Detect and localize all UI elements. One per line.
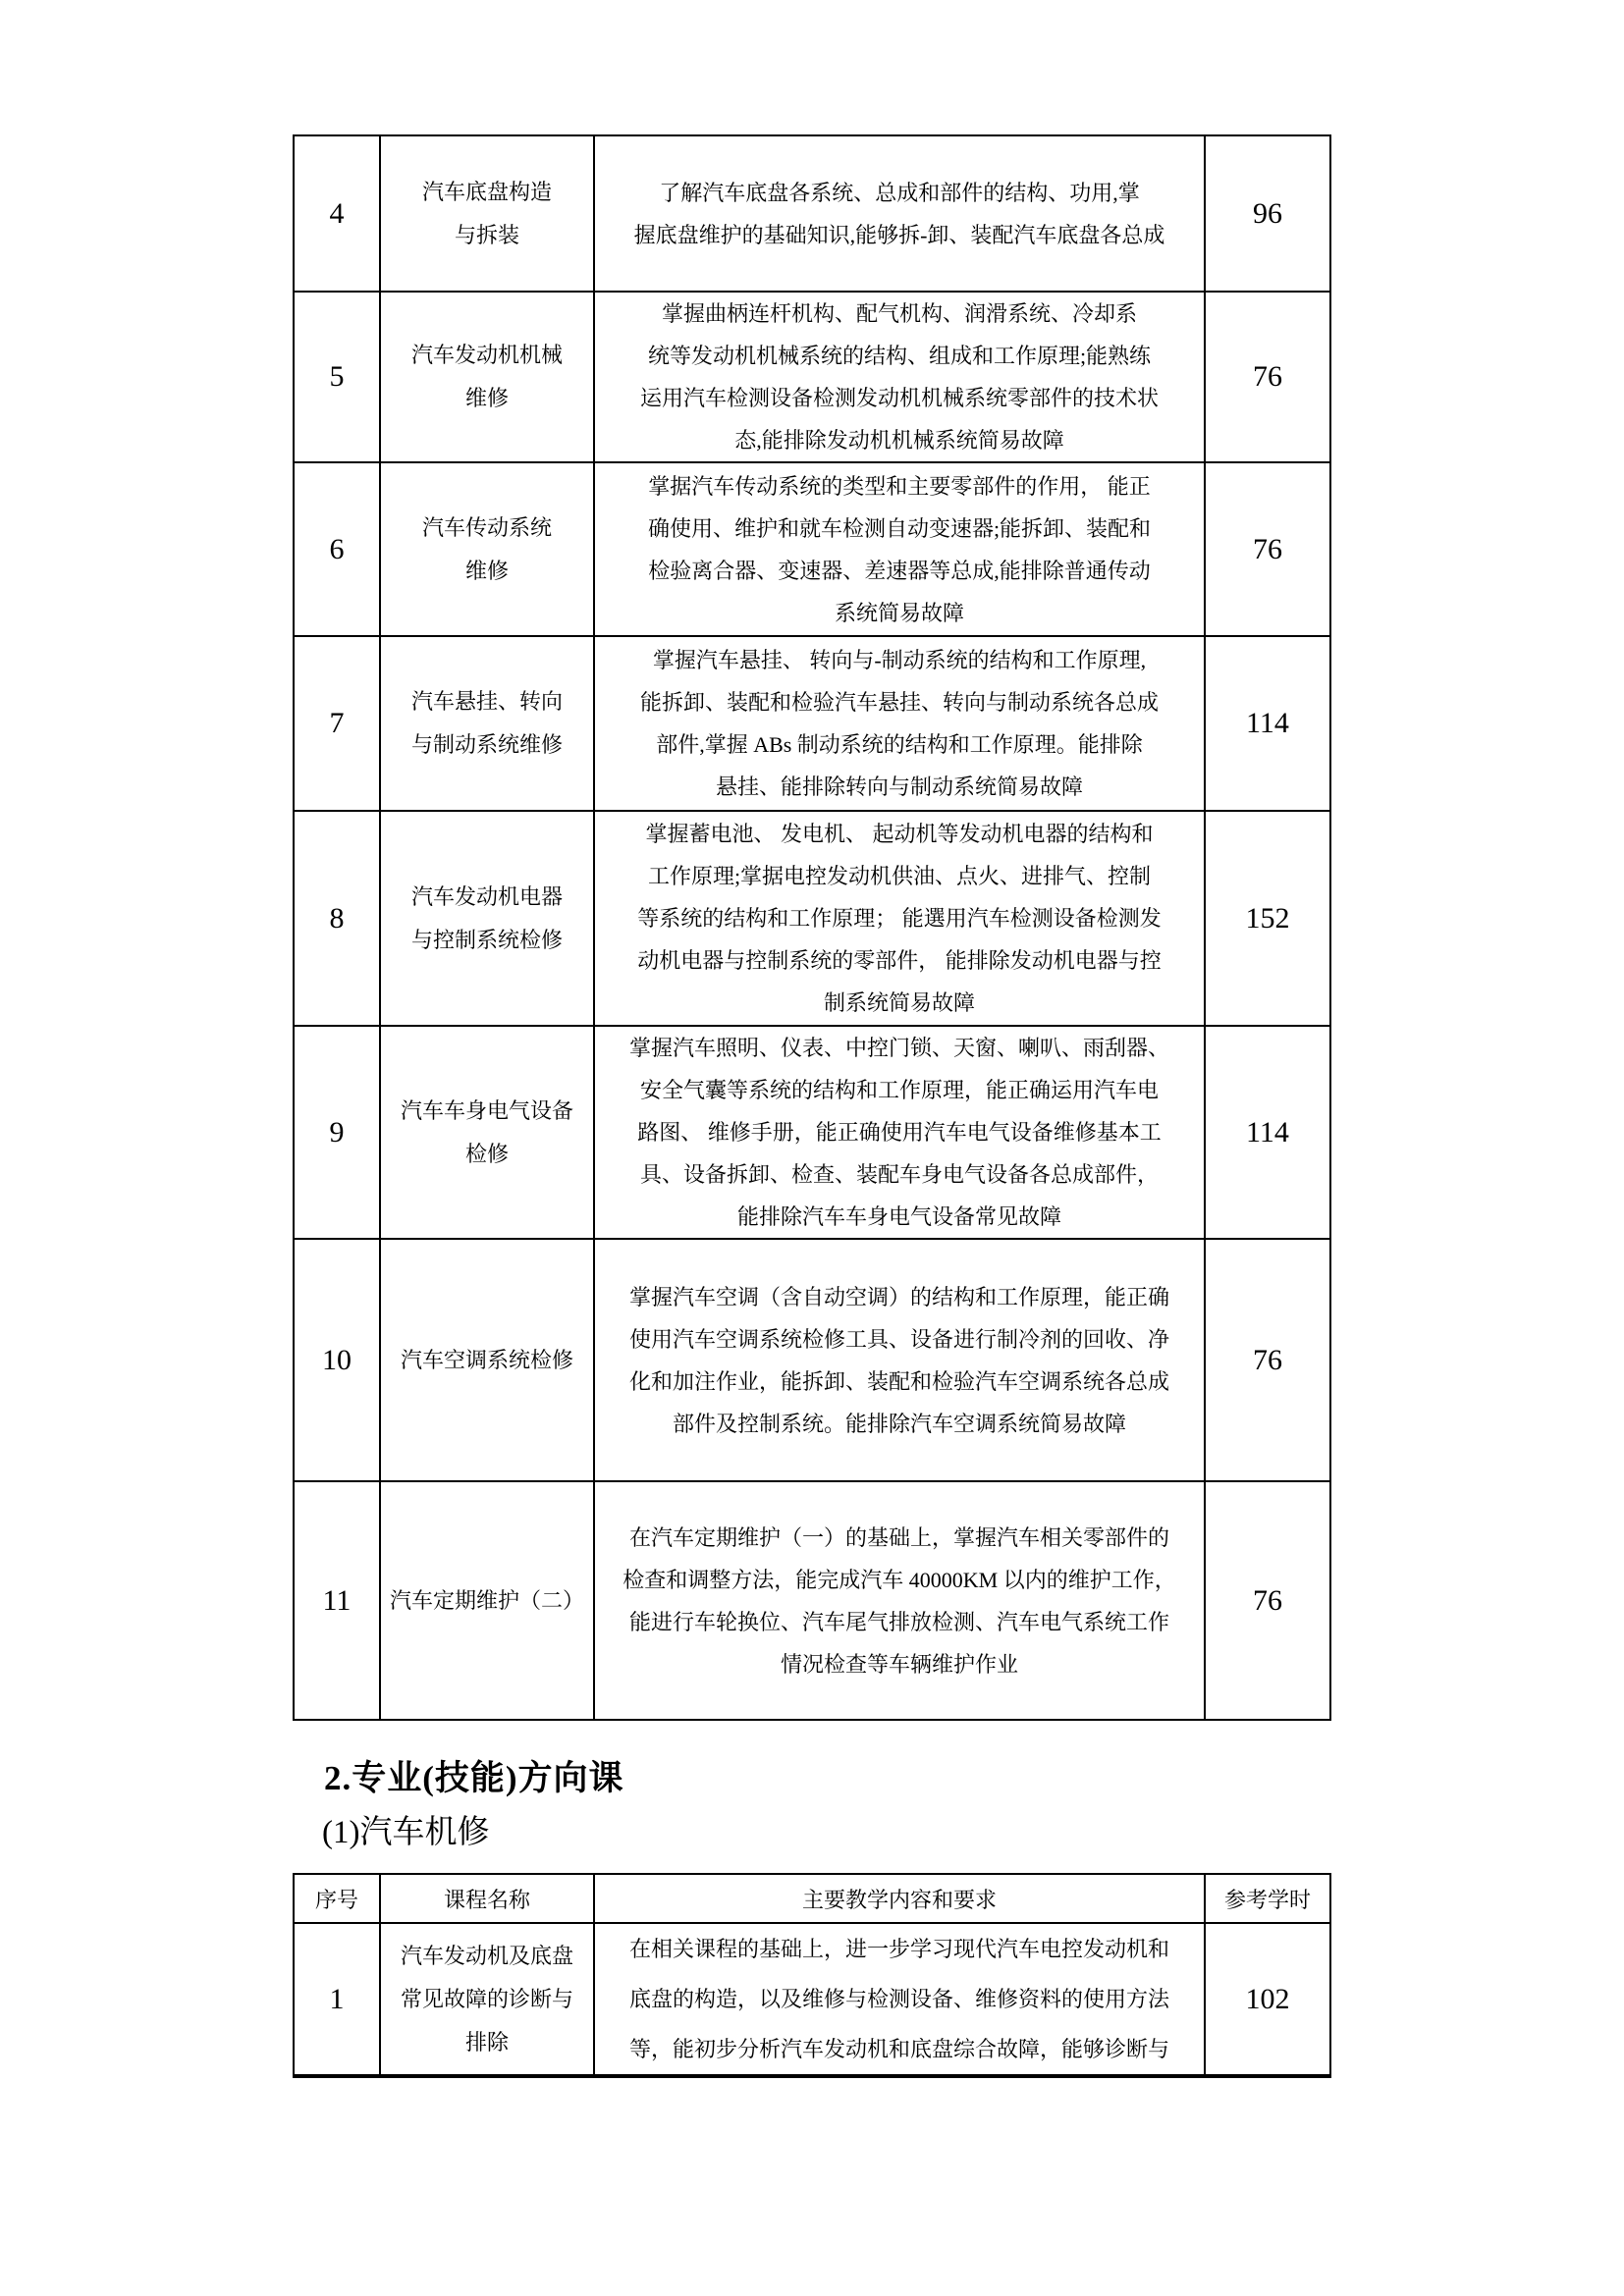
hours-cell: 102: [1205, 1923, 1330, 2076]
content-cell: 掌握曲柄连杆机构、配气机构、润滑系统、冷却系 统等发动机机械系统的结构、组成和工…: [594, 292, 1205, 462]
course-name-cell: 汽车车身电气设备 检修: [380, 1026, 594, 1239]
subsection-heading: (1)汽车机修: [322, 1806, 489, 1852]
table-row: 9 汽车车身电气设备 检修 掌握汽车照明、仪表、中控门锁、天窗、喇叭、雨刮器、 …: [294, 1026, 1330, 1239]
content-cell: 了解汽车底盘各系统、总成和部件的结构、功用,掌 握底盘维护的基础知识,能够拆-卸…: [594, 135, 1205, 292]
table-header-row: 序号 课程名称 主要教学内容和要求 参考学时: [294, 1874, 1330, 1923]
hours-cell: 96: [1205, 135, 1330, 292]
course-name-cell: 汽车空调系统检修: [380, 1239, 594, 1481]
header-hours: 参考学时: [1205, 1874, 1330, 1923]
hours-cell: 76: [1205, 292, 1330, 462]
course-name-cell: 汽车定期维护（二）: [380, 1481, 594, 1720]
course-name-cell: 汽车发动机机械 维修: [380, 292, 594, 462]
table-row: 10 汽车空调系统检修 掌握汽车空调（含自动空调）的结构和工作原理，能正确 使用…: [294, 1239, 1330, 1481]
serial-cell: 8: [294, 811, 380, 1026]
table-row: 5 汽车发动机机械 维修 掌握曲柄连杆机构、配气机构、润滑系统、冷却系 统等发动…: [294, 292, 1330, 462]
serial-cell: 4: [294, 135, 380, 292]
table-row: 11 汽车定期维护（二） 在汽车定期维护（一）的基础上，掌握汽车相关零部件的 检…: [294, 1481, 1330, 1720]
section-heading: 2.专业(技能)方向课: [324, 1751, 624, 1800]
serial-cell: 10: [294, 1239, 380, 1481]
course-name-cell: 汽车发动机电器 与控制系统检修: [380, 811, 594, 1026]
content-cell: 掌握汽车悬挂、 转向与-制动系统的结构和工作原理, 能拆卸、装配和检验汽车悬挂、…: [594, 636, 1205, 811]
content-cell: 掌据汽车传动系统的类型和主要零部件的作用， 能正 确使用、维护和就车检测自动变速…: [594, 462, 1205, 636]
content-cell: 在相关课程的基础上，进一步学习现代汽车电控发动机和 底盘的构造，以及维修与检测设…: [594, 1923, 1205, 2076]
serial-cell: 9: [294, 1026, 380, 1239]
table-row: 6 汽车传动系统 维修 掌据汽车传动系统的类型和主要零部件的作用， 能正 确使用…: [294, 462, 1330, 636]
header-serial: 序号: [294, 1874, 380, 1923]
hours-cell: 152: [1205, 811, 1330, 1026]
table-row: 1 汽车发动机及底盘 常见故障的诊断与 排除 在相关课程的基础上，进一步学习现代…: [294, 1923, 1330, 2076]
content-cell: 掌握汽车空调（含自动空调）的结构和工作原理，能正确 使用汽车空调系统检修工具、设…: [594, 1239, 1205, 1481]
hours-cell: 76: [1205, 1239, 1330, 1481]
course-name-cell: 汽车发动机及底盘 常见故障的诊断与 排除: [380, 1923, 594, 2076]
hours-cell: 114: [1205, 1026, 1330, 1239]
hours-cell: 76: [1205, 462, 1330, 636]
header-content: 主要教学内容和要求: [594, 1874, 1205, 1923]
table-row: 4 汽车底盘构造 与拆装 了解汽车底盘各系统、总成和部件的结构、功用,掌 握底盘…: [294, 135, 1330, 292]
table-row: 7 汽车悬挂、转向 与制动系统维修 掌握汽车悬挂、 转向与-制动系统的结构和工作…: [294, 636, 1330, 811]
course-name-cell: 汽车底盘构造 与拆装: [380, 135, 594, 292]
serial-cell: 7: [294, 636, 380, 811]
hours-cell: 76: [1205, 1481, 1330, 1720]
table-row: 8 汽车发动机电器 与控制系统检修 掌握蓄电池、 发电机、 起动机等发动机电器的…: [294, 811, 1330, 1026]
course-table-core: 4 汽车底盘构造 与拆装 了解汽车底盘各系统、总成和部件的结构、功用,掌 握底盘…: [293, 134, 1331, 1721]
content-cell: 掌握汽车照明、仪表、中控门锁、天窗、喇叭、雨刮器、 安全气囊等系统的结构和工作原…: [594, 1026, 1205, 1239]
course-table-direction: 序号 课程名称 主要教学内容和要求 参考学时 1 汽车发动机及底盘 常见故障的诊…: [293, 1873, 1331, 2078]
course-name-cell: 汽车悬挂、转向 与制动系统维修: [380, 636, 594, 811]
serial-cell: 5: [294, 292, 380, 462]
document-page: 4 汽车底盘构造 与拆装 了解汽车底盘各系统、总成和部件的结构、功用,掌 握底盘…: [0, 0, 1624, 2296]
hours-cell: 114: [1205, 636, 1330, 811]
content-cell: 掌握蓄电池、 发电机、 起动机等发动机电器的结构和 工作原理;掌据电控发动机供油…: [594, 811, 1205, 1026]
serial-cell: 1: [294, 1923, 380, 2076]
course-name-cell: 汽车传动系统 维修: [380, 462, 594, 636]
content-cell: 在汽车定期维护（一）的基础上，掌握汽车相关零部件的 检查和调整方法，能完成汽车 …: [594, 1481, 1205, 1720]
serial-cell: 6: [294, 462, 380, 636]
header-name: 课程名称: [380, 1874, 594, 1923]
serial-cell: 11: [294, 1481, 380, 1720]
